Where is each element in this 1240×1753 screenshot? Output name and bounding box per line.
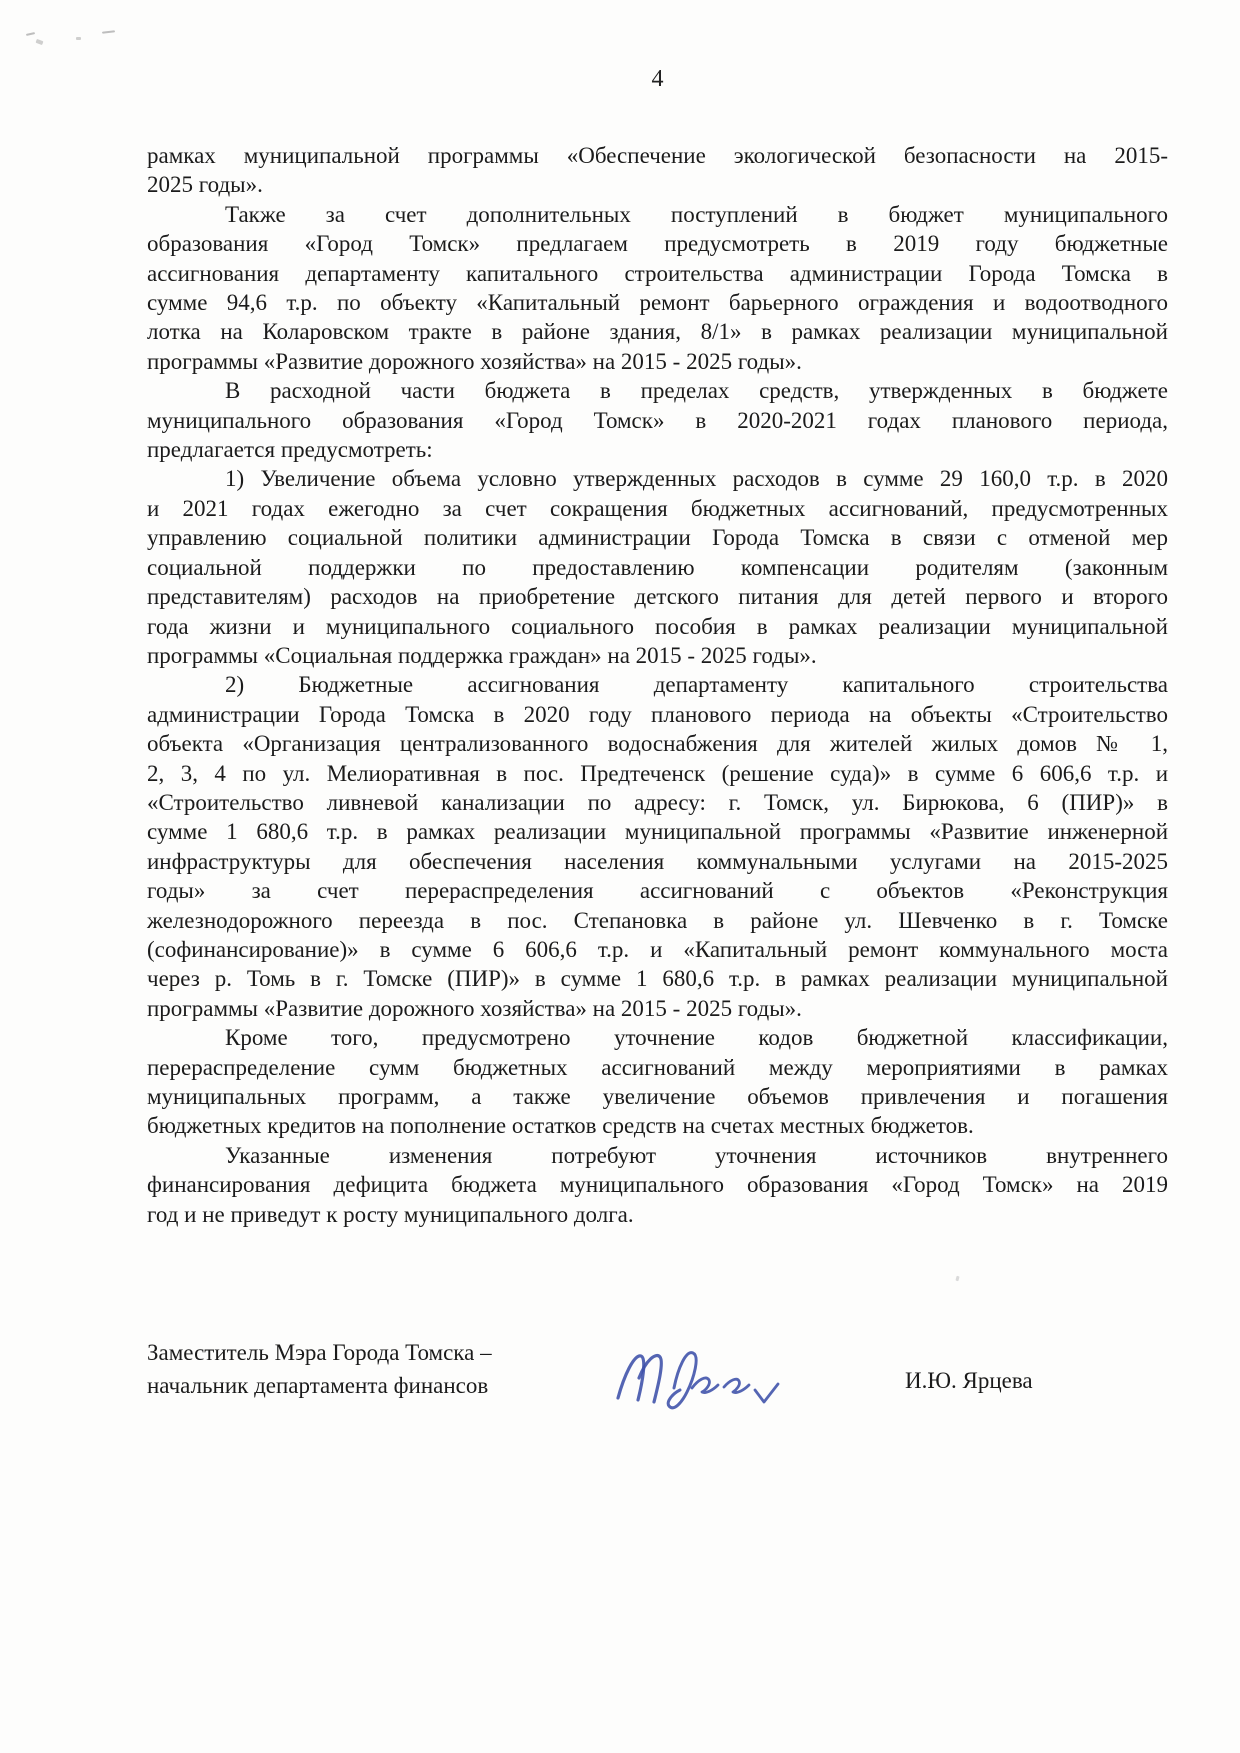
signatory-position-line1: Заместитель Мэра Города Томска – <box>147 1336 627 1369</box>
text-line: 2) Бюджетные ассигнования департаменту к… <box>147 670 1168 699</box>
text-line: Кроме того, предусмотрено уточнение кодо… <box>147 1023 1168 1052</box>
text-line: В расходной части бюджета в пределах сре… <box>147 376 1168 405</box>
text-line: социальной поддержки по предоставлению к… <box>147 553 1168 582</box>
text-line: год и не приведут к росту муниципального… <box>147 1200 1168 1229</box>
text-line: инфраструктуры для обеспечения населения… <box>147 847 1168 876</box>
text-line: сумме 1 680,6 т.р. в рамках реализации м… <box>147 817 1168 846</box>
scan-artifact <box>102 30 115 33</box>
text-line: предлагается предусмотреть: <box>147 435 1168 464</box>
signatory-position: Заместитель Мэра Города Томска – начальн… <box>147 1336 627 1402</box>
text-line: финансирования дефицита бюджета муниципа… <box>147 1170 1168 1199</box>
text-line: лотка на Коларовском тракте в районе зда… <box>147 317 1168 346</box>
text-line: 2025 годы». <box>147 170 1168 199</box>
page-number: 4 <box>147 66 1168 93</box>
text-line: через р. Томь в г. Томске (ПИР)» в сумме… <box>147 964 1168 993</box>
text-line: годы» за счет перераспределения ассигнов… <box>147 876 1168 905</box>
text-line: рамках муниципальной программы «Обеспече… <box>147 141 1168 170</box>
text-line: Также за счет дополнительных поступлений… <box>147 200 1168 229</box>
text-line: объекта «Организация централизованного в… <box>147 729 1168 758</box>
document-body-text: рамках муниципальной программы «Обеспече… <box>147 141 1168 1229</box>
signatory-name: И.Ю. Ярцева <box>905 1368 1033 1394</box>
text-line: бюджетных кредитов на пополнение остатко… <box>147 1111 1168 1140</box>
signatory-position-line2: начальник департамента финансов <box>147 1369 627 1402</box>
text-line: ассигнования департаменту капитального с… <box>147 259 1168 288</box>
scan-artifact <box>76 37 81 40</box>
text-line: железнодорожного переезда в пос. Степано… <box>147 906 1168 935</box>
text-line: и 2021 годах ежегодно за счет сокращения… <box>147 494 1168 523</box>
text-line: администрации Города Томска в 2020 году … <box>147 700 1168 729</box>
text-line: года жизни и муниципального социального … <box>147 612 1168 641</box>
scan-artifact <box>36 39 44 45</box>
text-line: муниципальных программ, а также увеличен… <box>147 1082 1168 1111</box>
text-line: программы «Развитие дорожного хозяйства»… <box>147 994 1168 1023</box>
scan-artifact <box>955 1276 959 1282</box>
text-line: Указанные изменения потребуют уточнения … <box>147 1141 1168 1170</box>
text-line: 2, 3, 4 по ул. Мелиоративная в пос. Пред… <box>147 759 1168 788</box>
text-line: сумме 94,6 т.р. по объекту «Капитальный … <box>147 288 1168 317</box>
signature-ink <box>612 1342 807 1424</box>
text-line: образования «Город Томск» предлагаем пре… <box>147 229 1168 258</box>
text-line: 1) Увеличение объема условно утвержденны… <box>147 464 1168 493</box>
text-line: управлению социальной политики администр… <box>147 523 1168 552</box>
text-line: «Строительство ливневой канализации по а… <box>147 788 1168 817</box>
text-line: представителям) расходов на приобретение… <box>147 582 1168 611</box>
text-line: программы «Развитие дорожного хозяйства»… <box>147 347 1168 376</box>
text-line: муниципального образования «Город Томск»… <box>147 406 1168 435</box>
scan-artifact <box>26 32 35 36</box>
text-line: перераспределение сумм бюджетных ассигно… <box>147 1053 1168 1082</box>
text-line: (софинансирование)» в сумме 6 606,6 т.р.… <box>147 935 1168 964</box>
scanned-document-page: 4 рамках муниципальной программы «Обеспе… <box>0 0 1240 1753</box>
text-line: программы «Социальная поддержка граждан»… <box>147 641 1168 670</box>
